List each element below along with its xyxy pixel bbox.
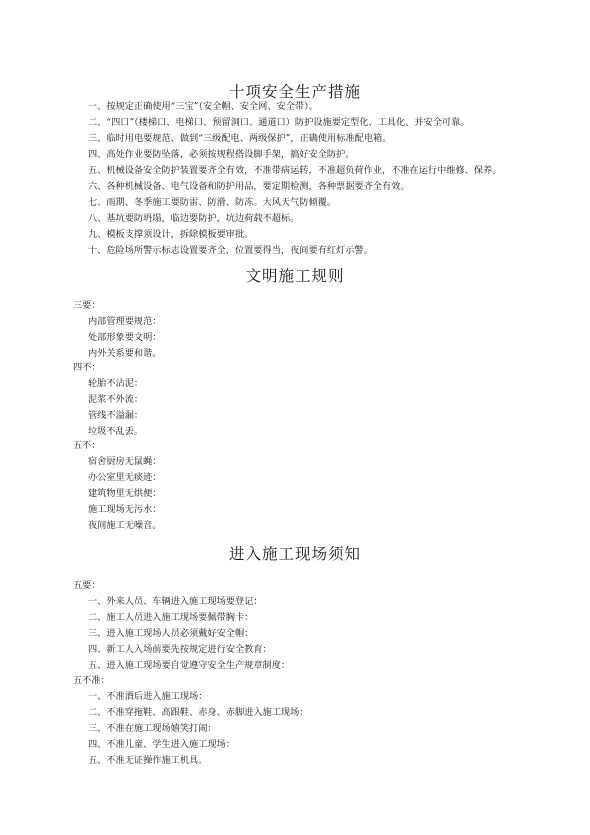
notice-item: 三、不准在施工现场嬉笑打闹： bbox=[88, 723, 217, 735]
notice-item: 四、不准儿童、学生进入施工现场： bbox=[88, 739, 235, 751]
safety-measure-item: 一、按规定正确使用“三宝”（安全帽、安全网、安全带）。 bbox=[88, 101, 318, 113]
rule-item: 建筑物里无烘便： bbox=[88, 488, 162, 500]
group-heading: 三要： bbox=[73, 300, 101, 312]
safety-measure-item: 六、各种机械设备、电气设备和防护用品，要定期检测，各种票据要齐全有效。 bbox=[88, 181, 410, 193]
group-heading: 五不： bbox=[73, 440, 101, 452]
section-title-site-entry-notice: 进入施工现场须知 bbox=[0, 542, 590, 564]
safety-measure-item: 四、高处作业要防坠落，必须按规程搭设脚手架，搞好安全防护。 bbox=[88, 149, 354, 161]
rule-item: 管线不溢漏： bbox=[88, 410, 143, 422]
rule-item: 内部管理要规范： bbox=[88, 316, 162, 328]
safety-measure-item: 八、基坑要防坍塌，临边要防护，坑边荷载不超标。 bbox=[88, 213, 299, 225]
safety-measure-item: 十、危险场所警示标志设置要齐全，位置要得当，夜间要有红灯示警。 bbox=[88, 245, 373, 257]
notice-item: 二、不准穿拖鞋、高跟鞋、赤身、赤脚进入施工现场： bbox=[88, 707, 309, 719]
rule-item: 内外关系要和谐。 bbox=[88, 348, 162, 360]
notice-item: 二、施工人员进入施工现场要佩带胸卡： bbox=[88, 612, 253, 624]
rule-item: 泥浆不外流： bbox=[88, 394, 143, 406]
rule-item: 办公室里无痰迹： bbox=[88, 472, 162, 484]
notice-item: 四、新工人入场前要先按规定进行安全教育： bbox=[88, 644, 272, 656]
safety-measure-item: 三、临时用电要规范、做到“三级配电、两级保护”，正确使用标准配电箱。 bbox=[88, 133, 391, 145]
rule-item: 垃圾不乱丢。 bbox=[88, 426, 143, 438]
section-title-civilized-construction: 文明施工规则 bbox=[0, 264, 590, 286]
group-heading: 四不： bbox=[73, 362, 101, 374]
notice-item: 五、进入施工现场要自觉遵守安全生产规章制度： bbox=[88, 660, 290, 672]
rule-item: 施工现场无污水： bbox=[88, 504, 162, 516]
rule-item: 轮胎不沾泥： bbox=[88, 378, 143, 390]
safety-measure-item: 九、模板支撑须设计，拆除模板要审批。 bbox=[88, 229, 253, 241]
rule-item: 夜间施工无噪音。 bbox=[88, 520, 162, 532]
notice-item: 一、外来人员、车辆进入施工现场要登记： bbox=[88, 596, 263, 608]
rule-item: 宿舍厨房无鼠蝇： bbox=[88, 456, 162, 468]
safety-measure-item: 五、机械设备安全防护装置要齐全有效，不准带病运转，不准超负荷作业，不准在运行中维… bbox=[88, 165, 501, 177]
safety-measure-item: 七、雨期、冬季施工要防雷、防滑、防冻。大风天气防倾覆。 bbox=[88, 197, 336, 209]
section-title-safety-measures: 十项安全生产措施 bbox=[0, 80, 590, 102]
rule-item: 处部形象要文明： bbox=[88, 332, 162, 344]
notice-item: 三、进入施工现场人员必须戴好安全帽： bbox=[88, 628, 253, 640]
group-heading: 五要： bbox=[73, 580, 101, 592]
notice-item: 一、不准酒后进入施工现场： bbox=[88, 691, 207, 703]
notice-item: 五、不准无证操作施工机具。 bbox=[88, 755, 207, 767]
group-heading: 五不准： bbox=[73, 675, 110, 687]
safety-measure-item: 二、“四口”（楼梯口、电梯口、预留洞口、通道口）防护设施要定型化、工具化、并安全… bbox=[88, 117, 469, 129]
